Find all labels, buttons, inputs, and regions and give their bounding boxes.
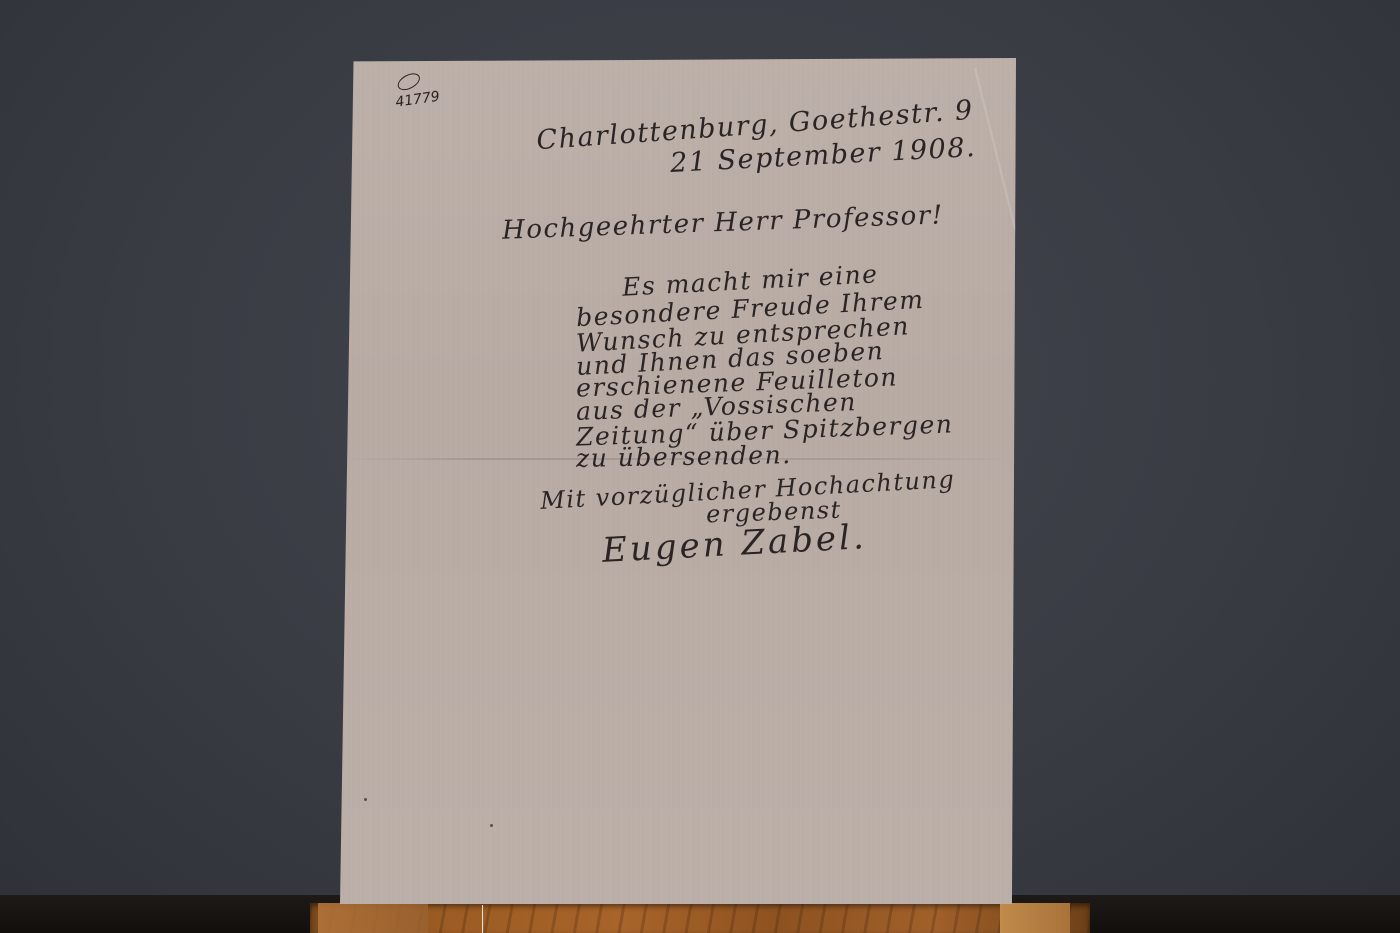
archive-mark: 41779 [392, 67, 466, 110]
body-line: zu übersenden. [576, 440, 792, 473]
easel-block-right [1000, 903, 1070, 933]
corner-crease [974, 68, 1036, 311]
signature: Eugen Zabel. [601, 517, 868, 571]
paper-spot [364, 798, 367, 801]
letter-sheet: 41779 Charlottenburg, Goethestr. 9 21 Se… [340, 58, 1016, 904]
letter-salutation: Hochgeehrter Herr Professor! [502, 200, 945, 245]
archive-number: 41779 [394, 89, 440, 111]
easel-block-left [318, 903, 428, 933]
paper-spot [490, 824, 493, 827]
archive-stamp-icon [395, 70, 423, 94]
easel-string [482, 905, 483, 933]
